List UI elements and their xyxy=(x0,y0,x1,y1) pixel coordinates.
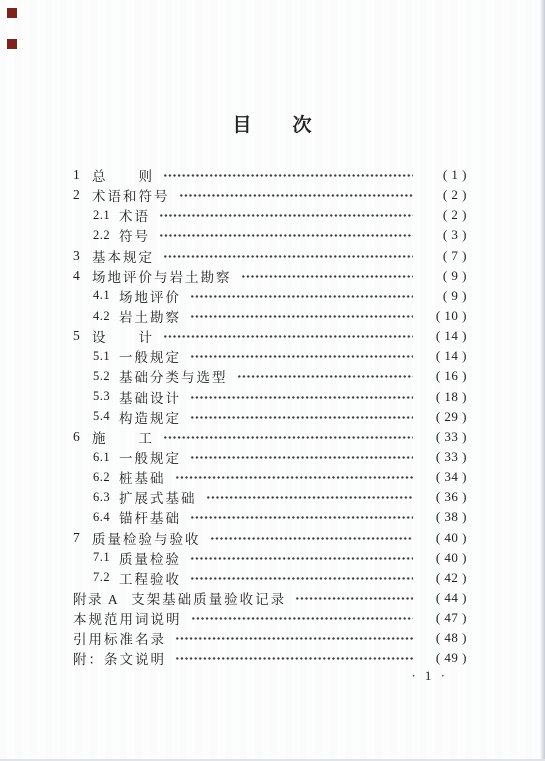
toc-entry-page: ( 9 ) xyxy=(421,288,467,304)
toc-entry-title: 扩展式基础 xyxy=(119,487,197,507)
toc-entry: 5.2 基础分类与选型 ( 16 ) xyxy=(73,366,467,386)
toc-entry-number: 6 xyxy=(73,429,92,445)
toc-entry: 本规范用词说明 ( 47 ) xyxy=(73,608,467,628)
toc-entry-title: 术语 xyxy=(119,205,150,225)
dot-leader xyxy=(190,511,413,524)
toc-entry-number: 6.4 xyxy=(93,510,119,525)
toc-entry-title: 锚杆基础 xyxy=(119,507,181,527)
toc-entry-number: 2.2 xyxy=(93,228,119,243)
toc-entry-page: ( 1 ) xyxy=(421,167,467,183)
toc-entry-number: 7.2 xyxy=(93,570,119,585)
toc-entry-number: 5.3 xyxy=(93,389,119,404)
toc-entry: 2.1 术语 ( 2 ) xyxy=(73,205,467,225)
toc-entry: 6.4 锚杆基础 ( 38 ) xyxy=(73,507,467,527)
toc-entry-title: 支架基础质量验收记录 xyxy=(131,588,286,608)
toc-entry-page: ( 2 ) xyxy=(421,207,467,223)
toc-entry-page: ( 49 ) xyxy=(421,650,467,666)
toc-entry: 7.2 工程验收 ( 42 ) xyxy=(73,568,467,588)
toc-entry: 2.2 符号 ( 3 ) xyxy=(73,225,467,245)
toc-entry-number: 4.1 xyxy=(93,288,119,303)
dot-leader xyxy=(159,229,413,242)
dot-leader xyxy=(190,451,413,464)
toc-entry: 附：条文说明 ( 49 ) xyxy=(73,648,467,668)
toc-entry: 6.2 桩基础 ( 34 ) xyxy=(73,467,467,487)
dot-leader xyxy=(163,330,413,343)
toc-entry-title: 基本规定 xyxy=(92,246,154,266)
toc-entry-title: 术语和符号 xyxy=(92,185,170,205)
toc-entry-number: 5 xyxy=(73,328,92,344)
toc-entry-title: 引用标准名录 xyxy=(73,628,166,648)
toc-entry-title: 构造规定 xyxy=(119,407,181,427)
toc-entry-number: 7.1 xyxy=(93,550,119,565)
dot-leader xyxy=(190,310,413,323)
dot-leader xyxy=(190,290,413,303)
toc-entry-number: 6.3 xyxy=(93,490,119,505)
table-of-contents: 1 总 则 ( 1 ) 2 术语和符号 ( 2 ) 2.1 术语 ( 2 ) 2… xyxy=(73,165,467,669)
toc-entry-number: 4.2 xyxy=(93,309,119,324)
toc-entry-page: ( 33 ) xyxy=(421,429,467,445)
dot-leader xyxy=(241,270,414,283)
toc-entry-title: 工程验收 xyxy=(119,568,181,588)
toc-entry-title: 桩基础 xyxy=(119,467,166,487)
toc-entry-number: 6.2 xyxy=(93,470,119,485)
registration-mark-top xyxy=(7,8,17,18)
toc-entry: 5.4 构造规定 ( 29 ) xyxy=(73,407,467,427)
toc-entry-page: ( 36 ) xyxy=(421,489,467,505)
toc-entry-page: ( 7 ) xyxy=(421,248,467,264)
dot-leader xyxy=(190,572,413,585)
toc-entry-number: 2 xyxy=(73,187,92,203)
toc-entry-title: 符号 xyxy=(119,225,150,245)
dot-leader xyxy=(175,471,414,484)
toc-entry: 4 场地评价与岩土勘察 ( 9 ) xyxy=(73,266,467,286)
toc-entry-page: ( 14 ) xyxy=(421,328,467,344)
dot-leader xyxy=(190,411,413,424)
toc-entry-title: 施 工 xyxy=(92,427,154,447)
dot-leader xyxy=(159,209,413,222)
toc-entry-page: ( 2 ) xyxy=(421,187,467,203)
dot-leader xyxy=(210,532,414,545)
page-number: · 1 · xyxy=(411,668,448,684)
toc-entry-page: ( 34 ) xyxy=(421,469,467,485)
toc-entry-page: ( 29 ) xyxy=(421,409,467,425)
toc-entry: 6.3 扩展式基础 ( 36 ) xyxy=(73,487,467,507)
toc-entry-title: 质量检验 xyxy=(119,548,181,568)
toc-entry-number: 7 xyxy=(73,530,92,546)
toc-entry-page: ( 42 ) xyxy=(421,570,467,586)
toc-entry-page: ( 40 ) xyxy=(421,530,467,546)
toc-entry-page: ( 33 ) xyxy=(421,449,467,465)
toc-entry-page: ( 16 ) xyxy=(421,368,467,384)
toc-entry-number: 2.1 xyxy=(93,208,119,223)
document-page: 目 次 1 总 则 ( 1 ) 2 术语和符号 ( 2 ) 2.1 术语 ( 2… xyxy=(0,0,545,761)
toc-entry-title: 附：条文说明 xyxy=(73,648,166,668)
toc-entry: 6 施 工 ( 33 ) xyxy=(73,427,467,447)
toc-entry: 7 质量检验与验收 ( 40 ) xyxy=(73,528,467,548)
dot-leader xyxy=(237,370,414,383)
toc-entry: 6.1 一般规定 ( 33 ) xyxy=(73,447,467,467)
toc-entry-title: 岩土勘察 xyxy=(119,306,181,326)
page-title: 目 次 xyxy=(0,110,545,137)
toc-entry-page: ( 18 ) xyxy=(421,389,467,405)
dot-leader xyxy=(175,652,413,665)
toc-entry: 2 术语和符号 ( 2 ) xyxy=(73,185,467,205)
toc-entry-number: 5.2 xyxy=(93,369,119,384)
toc-entry: 1 总 则 ( 1 ) xyxy=(73,165,467,185)
toc-entry-title: 场地评价与岩土勘察 xyxy=(92,266,232,286)
toc-entry: 3 基本规定 ( 7 ) xyxy=(73,246,467,266)
toc-entry-page: ( 40 ) xyxy=(421,550,467,566)
dot-leader xyxy=(190,391,413,404)
toc-entry-title: 一般规定 xyxy=(119,447,181,467)
dot-leader xyxy=(163,169,413,182)
toc-entry: 引用标准名录 ( 48 ) xyxy=(73,628,467,648)
toc-entry-title: 场地评价 xyxy=(119,286,181,306)
dot-leader xyxy=(206,491,414,504)
dot-leader xyxy=(190,552,413,565)
toc-entry-title: 基础设计 xyxy=(119,387,181,407)
toc-entry-title: 总 则 xyxy=(92,165,154,185)
toc-entry-page: ( 47 ) xyxy=(421,610,467,626)
toc-entry-number: 6.1 xyxy=(93,450,119,465)
toc-entry-title: 设 计 xyxy=(92,326,154,346)
toc-entry-number: 1 xyxy=(73,167,92,183)
dot-leader xyxy=(163,250,413,263)
toc-entry: 4.2 岩土勘察 ( 10 ) xyxy=(73,306,467,326)
toc-entry-page: ( 14 ) xyxy=(421,348,467,364)
toc-entry: 附录 A 支架基础质量验收记录 ( 44 ) xyxy=(73,588,467,608)
registration-mark-bottom xyxy=(7,39,17,49)
toc-entry: 7.1 质量检验 ( 40 ) xyxy=(73,548,467,568)
toc-entry-page: ( 3 ) xyxy=(421,227,467,243)
dot-leader xyxy=(175,632,413,645)
dot-leader xyxy=(295,592,413,605)
toc-entry-title: 基础分类与选型 xyxy=(119,366,228,386)
dot-leader xyxy=(190,350,413,363)
toc-entry-title: 一般规定 xyxy=(119,346,181,366)
toc-entry-page: ( 48 ) xyxy=(421,630,467,646)
toc-entry-number: 3 xyxy=(73,248,92,264)
toc-entry-number: 附录 A xyxy=(73,588,119,608)
toc-entry-page: ( 44 ) xyxy=(421,590,467,606)
toc-entry: 5.3 基础设计 ( 18 ) xyxy=(73,387,467,407)
toc-entry: 4.1 场地评价 ( 9 ) xyxy=(73,286,467,306)
toc-entry: 5 设 计 ( 14 ) xyxy=(73,326,467,346)
toc-entry-page: ( 10 ) xyxy=(421,308,467,324)
dot-leader xyxy=(191,612,414,625)
toc-entry-page: ( 9 ) xyxy=(421,268,467,284)
toc-entry-number: 5.1 xyxy=(93,349,119,364)
dot-leader xyxy=(163,431,413,444)
scan-edge-right xyxy=(540,0,545,761)
toc-entry: 5.1 一般规定 ( 14 ) xyxy=(73,346,467,366)
toc-entry-title: 质量检验与验收 xyxy=(92,528,201,548)
toc-entry-title: 本规范用词说明 xyxy=(73,608,182,628)
toc-entry-number: 5.4 xyxy=(93,409,119,424)
toc-entry-number: 4 xyxy=(73,268,92,284)
dot-leader xyxy=(179,189,414,202)
toc-entry-page: ( 38 ) xyxy=(421,509,467,525)
